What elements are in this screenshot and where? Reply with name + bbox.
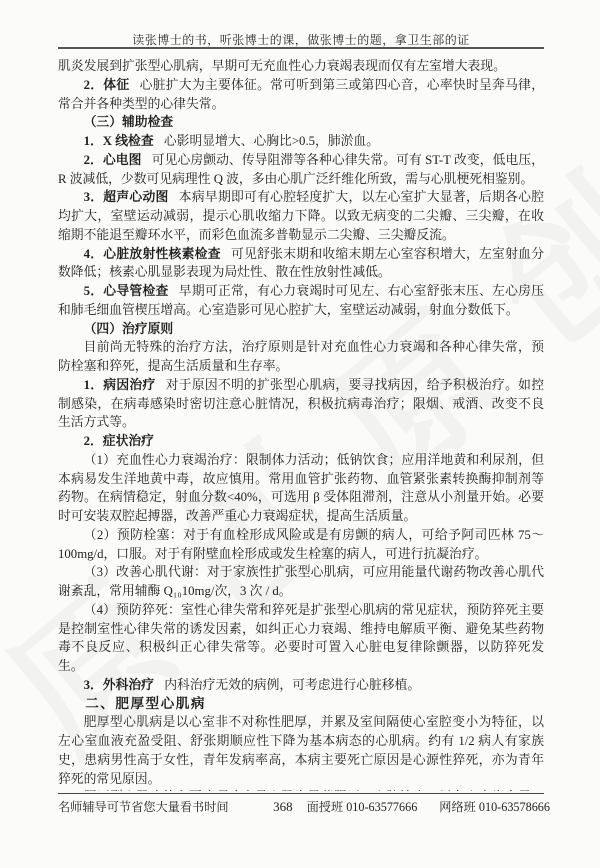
paragraph-label: 2．症状治疗 xyxy=(84,434,154,448)
paragraph-text: 肥厚型心肌病的主要病理改变是心肌为显著肥厚、心腔缩小，以左心室为多见，常 xyxy=(58,790,544,791)
document-page: 原创原创 读张博士的书，听张博士的课，做张博士的题，拿卫生部的证 肌炎发展到扩张… xyxy=(0,0,600,868)
paragraph: （4）预防猝死：室性心律失常和猝死是扩张型心肌病的常见症状，预防猝死主要是控制室… xyxy=(58,601,544,676)
footer-phone-onsite: 面授班 010-63577666 xyxy=(307,798,418,815)
paragraph: 肥厚型心肌病是以心室非不对称性肥厚，并累及室间隔使心室腔变小为特征，以左心室血液… xyxy=(58,713,544,788)
document-body: 肌炎发展到扩张型心肌病，早期可无充血性心力衰竭表现而仅有左室增大表现。2．体征心… xyxy=(58,57,544,791)
page-footer: 名师辅导可节省您大量看书时间 368 面授班 010-63577666 网络班 … xyxy=(58,798,550,815)
paragraph: （2）预防栓塞：对于有血栓形成风险或是有房颤的病人，可给予阿司匹林 75～100… xyxy=(58,526,544,564)
paragraph-text: 目前尚无特殊的治疗方法，治疗原则是针对充血性心力衰竭和各种心律失常，预防栓塞和猝… xyxy=(58,340,544,373)
paragraph: 1．X 线检查心影明显增大、心胸比>0.5，肺淤血。 xyxy=(58,132,544,151)
paragraph: 4．心脏放射性核素检查可见舒张末期和收缩末期左心室容积增大，左室射血分数降低；核… xyxy=(58,245,544,283)
paragraph-label: （三）辅助检查 xyxy=(84,115,174,129)
paragraph: 2．体征心脏扩大为主要体征。常可听到第三或第四心音，心率快时呈奔马律，常合并各种… xyxy=(58,76,544,114)
paragraph-label: 二、肥厚型心肌病 xyxy=(85,696,206,711)
paragraph: 1．病因治疗对于原因不明的扩张型心肌病，要寻找病因，给予积极治疗。如控制感染，在… xyxy=(58,376,544,432)
paragraph-text: （3）改善心肌代谢：对于家族性扩张型心肌病，可应用能量代谢药物改善心肌代谢紊乱，… xyxy=(58,565,544,598)
paragraph-text: 内科治疗无效的病例，可考虑进行心脏移植。 xyxy=(164,678,420,692)
paragraph-label: 2．体征 xyxy=(84,78,130,92)
paragraph: 肥厚型心肌病的主要病理改变是心肌为显著肥厚、心腔缩小，以左心室为多见，常 xyxy=(58,788,544,791)
paragraph: （3）改善心肌代谢：对于家族性扩张型心肌病，可应用能量代谢药物改善心肌代谢紊乱，… xyxy=(58,563,544,601)
footer-slogan: 名师辅导可节省您大量看书时间 xyxy=(58,798,229,815)
section-heading: （四）治疗原则 xyxy=(58,320,544,339)
paragraph-label: 3．外科治疗 xyxy=(84,678,154,692)
paragraph-label: 5．心导管检查 xyxy=(84,284,169,298)
paragraph-text: 肌炎发展到扩张型心肌病，早期可无充血性心力衰竭表现而仅有左室增大表现。 xyxy=(58,59,506,73)
paragraph-text: 心脏扩大为主要体征。常可听到第三或第四心音，心率快时呈奔马律，常合并各种类型的心… xyxy=(58,78,544,111)
paragraph-label: 2．心电图 xyxy=(84,153,142,167)
paragraph-label: 4．心脏放射性核素检查 xyxy=(84,247,221,261)
paragraph-text: 心影明显增大、心胸比>0.5，肺淤血。 xyxy=(164,134,379,148)
footer-divider xyxy=(58,793,544,794)
section-heading: （三）辅助检查 xyxy=(58,113,544,132)
paragraph-label: 1．X 线检查 xyxy=(84,134,154,148)
paragraph-text: （4）预防猝死：室性心律失常和猝死是扩张型心肌病的常见症状，预防猝死主要是控制室… xyxy=(58,603,544,673)
paragraph-text: （2）预防栓塞：对于有血栓形成风险或是有房颤的病人，可给予阿司匹林 75～100… xyxy=(58,528,544,561)
section-heading: 2．症状治疗 xyxy=(58,432,544,451)
section-heading: 二、肥厚型心肌病 xyxy=(58,695,544,714)
page-number: 368 xyxy=(273,799,293,815)
paragraph: 肌炎发展到扩张型心肌病，早期可无充血性心力衰竭表现而仅有左室增大表现。 xyxy=(58,57,544,76)
header-slogan: 读张博士的书，听张博士的课，做张博士的题，拿卫生部的证 xyxy=(58,31,544,48)
header-divider xyxy=(58,47,544,49)
paragraph: 5．心导管检查早期可正常，有心力衰竭时可见左、右心室舒张末压、左心房压和肺毛细血… xyxy=(58,282,544,320)
paragraph: 3．外科治疗内科治疗无效的病例，可考虑进行心脏移植。 xyxy=(58,676,544,695)
paragraph-text: 肥厚型心肌病是以心室非不对称性肥厚，并累及室间隔使心室腔变小为特征，以左心室血液… xyxy=(58,715,544,785)
paragraph-label: （四）治疗原则 xyxy=(84,322,174,336)
footer-phone-online: 网络班 010-63578666 xyxy=(439,798,550,815)
paragraph: 目前尚无特殊的治疗方法，治疗原则是针对充血性心力衰竭和各种心律失常，预防栓塞和猝… xyxy=(58,338,544,376)
paragraph-text: （1）充血性心力衰竭治疗：限制体力活动；低钠饮食；应用洋地黄和利尿剂，但本病易发… xyxy=(58,453,544,523)
paragraph: （1）充血性心力衰竭治疗：限制体力活动；低钠饮食；应用洋地黄和利尿剂，但本病易发… xyxy=(58,451,544,526)
paragraph-label: 3．超声心动图 xyxy=(84,190,169,204)
paragraph: 3．超声心动图本病早期即可有心腔轻度扩大，以左心室扩大显著，后期各心腔均扩大，室… xyxy=(58,188,544,244)
paragraph: 2．心电图可见心房颤动、传导阻滞等各种心律失常。可有 ST-T 改变，低电压，R… xyxy=(58,151,544,189)
paragraph-label: 1．病因治疗 xyxy=(84,378,156,392)
